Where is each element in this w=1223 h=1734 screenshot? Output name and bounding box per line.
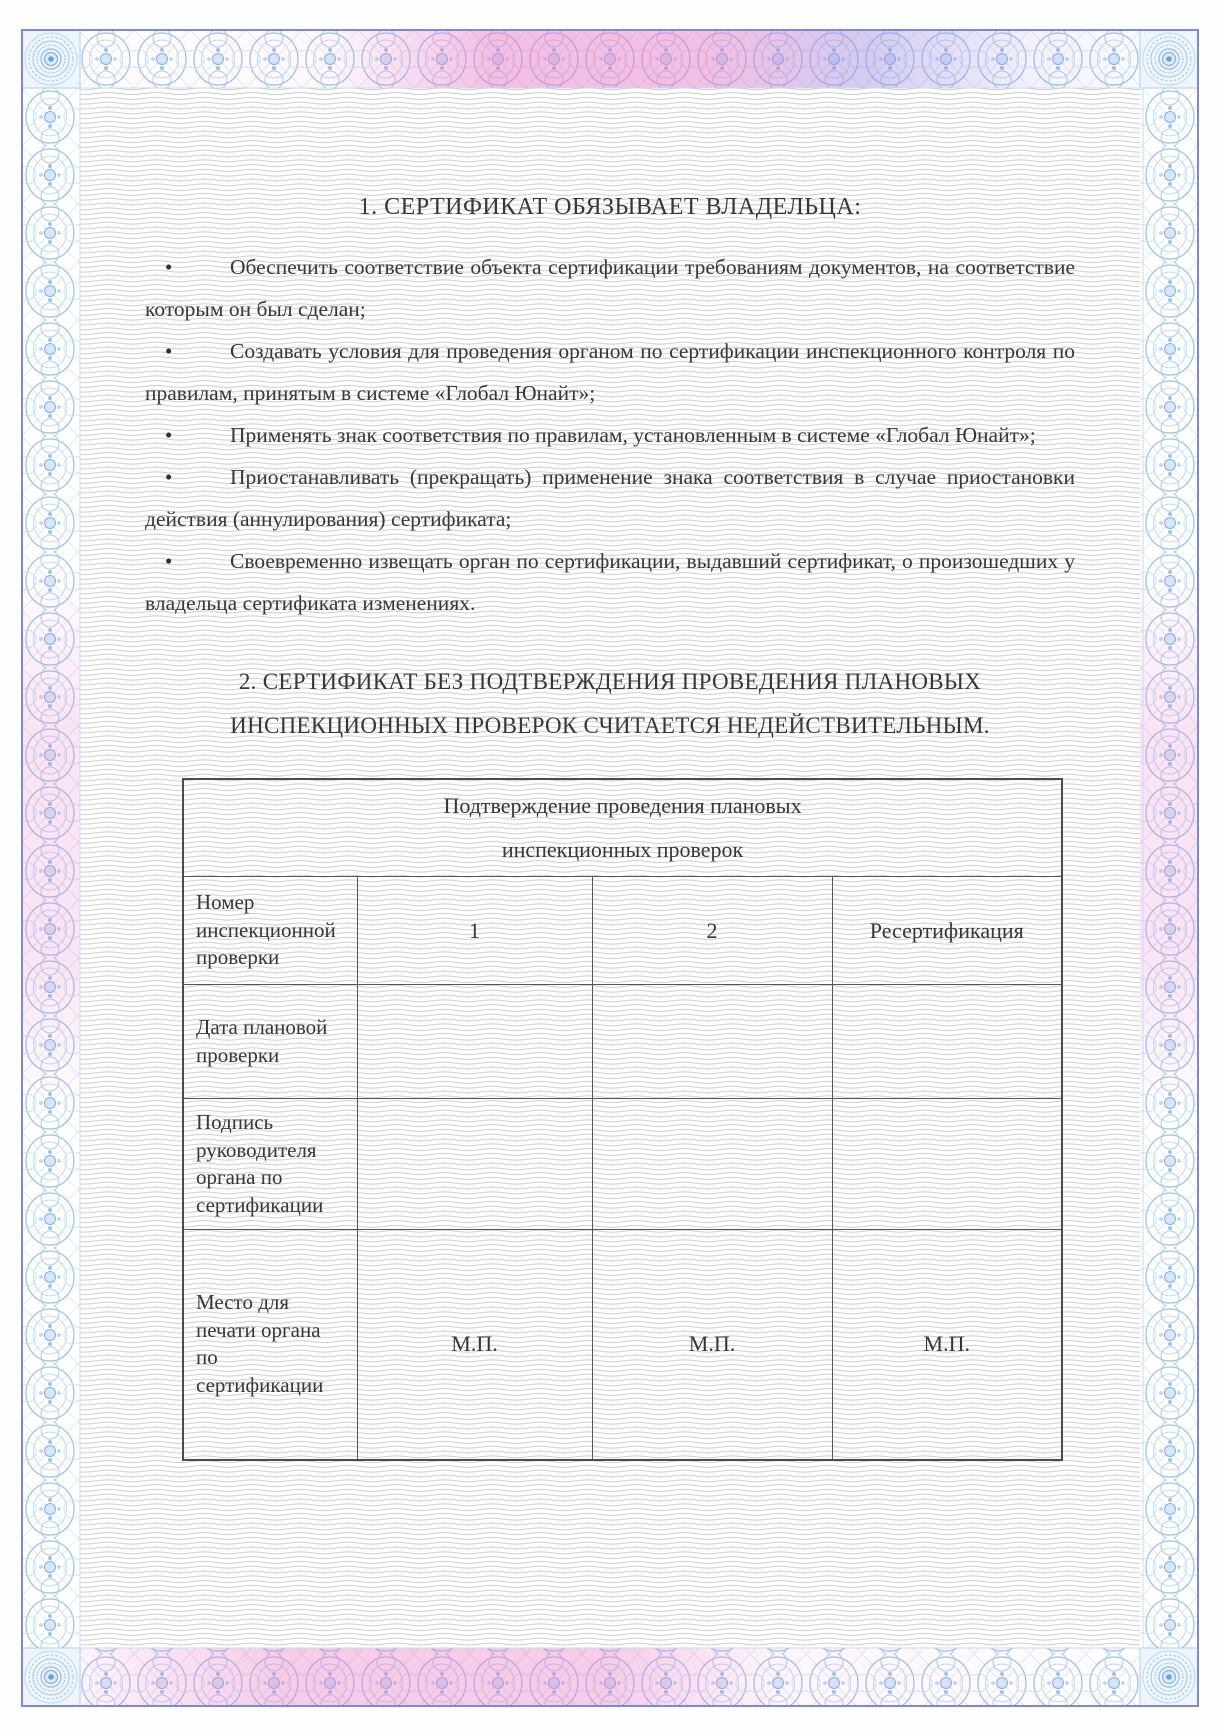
table-row-inspection-number: Номер инспекционной проверки 1 2 Ресерти…: [183, 877, 1062, 985]
table-caption-cell: Подтверждение проведения плановых инспек…: [183, 779, 1062, 877]
table-caption-line1: Подтверждение проведения плановых: [184, 784, 1061, 828]
table-caption-line2: инспекционных проверок: [184, 828, 1061, 872]
document-body: 1. СЕРТИФИКАТ ОБЯЗЫВАЕТ ВЛАДЕЛЬЦА: Обесп…: [145, 192, 1075, 1461]
section2-heading-line2: ИНСПЕКЦИОННЫХ ПРОВЕРОК СЧИТАЕТСЯ НЕДЕЙСТ…: [230, 713, 990, 738]
cell-inspection-number-2: 2: [592, 877, 832, 985]
row-label-inspection-number: Номер инспекционной проверки: [183, 877, 357, 985]
table-row-planned-date: Дата плановой проверки: [183, 985, 1062, 1099]
cell-head-signature-1: [357, 1099, 592, 1230]
inspection-confirmation-table: Подтверждение проведения плановых инспек…: [182, 778, 1063, 1461]
section2-heading: 2. СЕРТИФИКАТ БЕЗ ПОДТВЕРЖДЕНИЯ ПРОВЕДЕН…: [145, 660, 1075, 748]
certificate-page: 1. СЕРТИФИКАТ ОБЯЗЫВАЕТ ВЛАДЕЛЬЦА: Обесп…: [0, 0, 1223, 1734]
cell-stamp-place-1: М.П.: [357, 1230, 592, 1460]
section2-heading-line1: 2. СЕРТИФИКАТ БЕЗ ПОДТВЕРЖДЕНИЯ ПРОВЕДЕН…: [239, 669, 981, 694]
obligation-item-2: Создавать условия для проведения органом…: [145, 330, 1075, 414]
obligation-item-3: Применять знак соответствия по правилам,…: [145, 414, 1075, 456]
cell-planned-date-1: [357, 985, 592, 1099]
obligation-item-4: Приостанавливать (прекращать) применение…: [145, 456, 1075, 540]
cell-stamp-place-3: М.П.: [832, 1230, 1062, 1460]
cell-inspection-number-1: 1: [357, 877, 592, 985]
cell-planned-date-3: [832, 985, 1062, 1099]
obligation-item-5: Своевременно извещать орган по сертифика…: [145, 540, 1075, 624]
row-label-head-signature: Подпись руководителя органа по сертифика…: [183, 1099, 357, 1230]
cell-inspection-number-3: Ресертификация: [832, 877, 1062, 985]
cell-head-signature-2: [592, 1099, 832, 1230]
row-label-planned-date: Дата плановой проверки: [183, 985, 357, 1099]
table-row-head-signature: Подпись руководителя органа по сертифика…: [183, 1099, 1062, 1230]
table-caption-row: Подтверждение проведения плановых инспек…: [183, 779, 1062, 877]
row-label-stamp-place: Место для печати органа по сертификации: [183, 1230, 357, 1460]
obligation-item-1: Обеспечить соответствие объекта сертифик…: [145, 246, 1075, 330]
obligations-list: Обеспечить соответствие объекта сертифик…: [145, 246, 1075, 624]
table-row-stamp-place: Место для печати органа по сертификации …: [183, 1230, 1062, 1460]
section1-heading: 1. СЕРТИФИКАТ ОБЯЗЫВАЕТ ВЛАДЕЛЬЦА:: [145, 192, 1075, 222]
cell-planned-date-2: [592, 985, 832, 1099]
cell-head-signature-3: [832, 1099, 1062, 1230]
cell-stamp-place-2: М.П.: [592, 1230, 832, 1460]
